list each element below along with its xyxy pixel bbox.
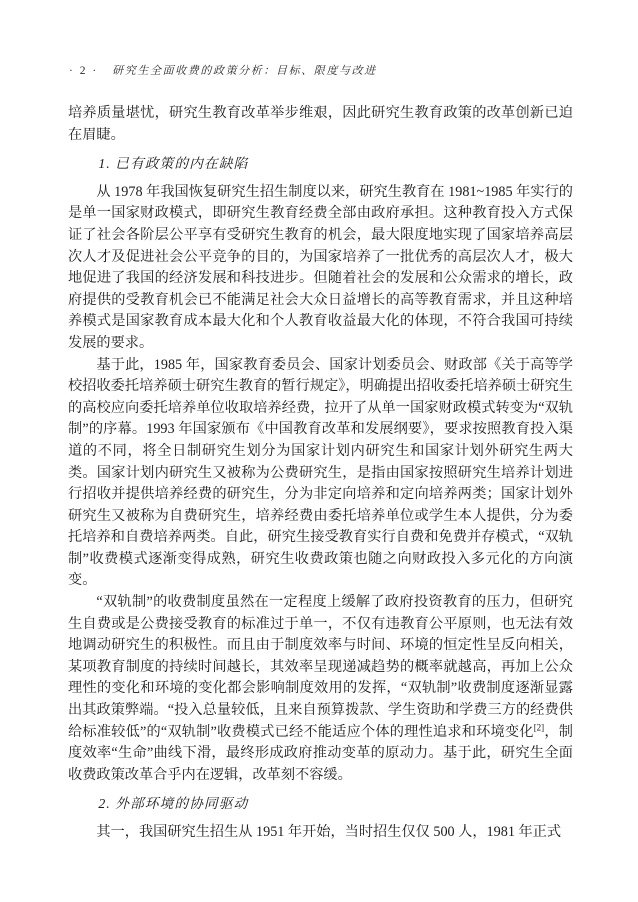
paragraph-intro: 培养质量堪忧，研究生教育改革举步维艰，因此研究生教育政策的改革创新已迫在眉睫。	[68, 103, 573, 146]
page-body: 培养质量堪忧，研究生教育改革举步维艰，因此研究生教育政策的改革创新已迫在眉睫。 …	[68, 103, 573, 844]
paragraph-4: 其一，我国研究生招生从 1951 年开始，当时招生仅仅 500 人，1981 年…	[68, 822, 573, 844]
paragraph-2: 基于此，1985 年，国家教育委员会、国家计划委员会、财政部《关于高等学校招收委…	[68, 355, 573, 593]
paragraph-1: 从 1978 年我国恢复研究生招生制度以来，研究生教育在 1981~1985 年…	[68, 182, 573, 355]
page-header: · 2 · 研究生全面收费的政策分析：目标、限度与改进	[69, 62, 578, 78]
running-title: 研究生全面收费的政策分析：目标、限度与改进	[112, 62, 377, 78]
section-heading-1: 1. 已有政策的内在缺陷	[98, 153, 573, 175]
page-number: · 2 ·	[69, 65, 98, 77]
footnote-reference-2: [2]	[534, 722, 545, 732]
section-heading-2: 2. 外部环境的协同驱动	[98, 793, 573, 815]
paragraph-3: “双轨制”的收费制度虽然在一定程度上缓解了政府投资教育的压力，但研究生自费或是公…	[68, 592, 573, 786]
book-page: · 2 · 研究生全面收费的政策分析：目标、限度与改进 培养质量堪忧，研究生教育…	[0, 0, 638, 902]
paragraph-3-text-before-ref: “双轨制”的收费制度虽然在一定程度上缓解了政府投资教育的压力，但研究生自费或是公…	[68, 594, 573, 740]
